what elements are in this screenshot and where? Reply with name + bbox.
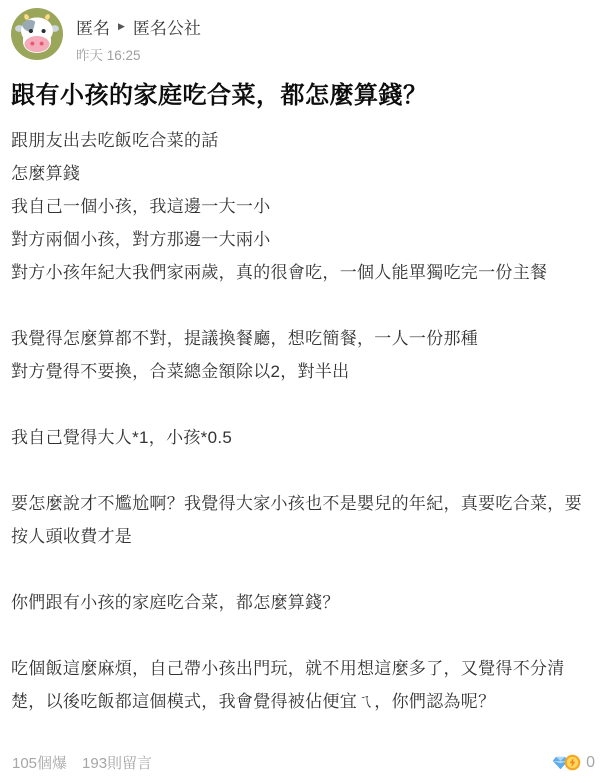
- post-title: 跟有小孩的家庭吃合菜，都怎麼算錢？: [11, 80, 596, 111]
- board-link[interactable]: 匿名公社: [133, 14, 201, 39]
- comment-count[interactable]: 193則留言: [82, 752, 152, 773]
- author-name: 匿名: [76, 14, 110, 39]
- coin-counter[interactable]: 0: [552, 754, 595, 772]
- post-stats: 105個爆 193則留言: [12, 752, 152, 773]
- post-card: 匿名 ▶ 匿名公社 昨天 16:25 跟有小孩的家庭吃合菜，都怎麼算錢？ 跟朋友…: [0, 0, 607, 783]
- timestamp: 昨天 16:25: [76, 44, 201, 64]
- post-body: 跟朋友出去吃飯吃合菜的話 怎麼算錢 我自己一個小孩，我這邊一大一小 對方兩個小孩…: [11, 124, 596, 718]
- cow-avatar-icon: [15, 12, 59, 56]
- reaction-count[interactable]: 105個爆: [12, 752, 67, 773]
- coin-icon: [564, 754, 581, 771]
- post-header: 匿名 ▶ 匿名公社 昨天 16:25: [11, 8, 596, 64]
- breadcrumb: 匿名 ▶ 匿名公社: [76, 14, 201, 39]
- post-meta: 匿名 ▶ 匿名公社 昨天 16:25: [76, 8, 201, 64]
- coin-count: 0: [586, 754, 595, 772]
- triangle-right-icon: ▶: [118, 22, 125, 31]
- avatar[interactable]: [11, 8, 63, 60]
- post-footer: 105個爆 193則留言 0: [12, 752, 595, 773]
